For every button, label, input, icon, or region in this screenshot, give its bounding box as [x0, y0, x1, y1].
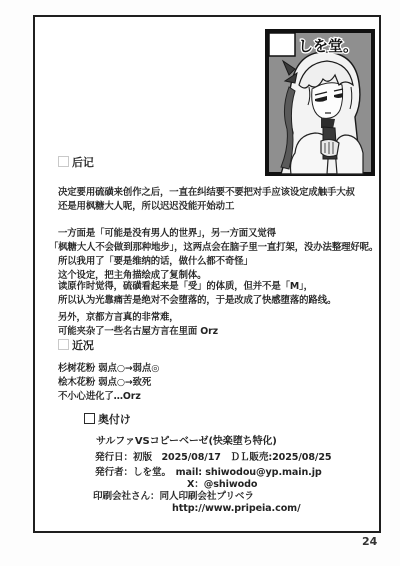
issue-date-line: 発行日：初版 2025/08/17 ＤＬ販売:2025/08/25 [95, 451, 331, 465]
status-heading: 近况 [58, 339, 94, 352]
afterword-heading: 后记 [58, 156, 94, 169]
book-title: サルファVSコピーベーゼ(快楽堕ち特化) [96, 435, 277, 449]
text-line: 桧木花粉 弱点○→致死 [58, 376, 159, 390]
text-line: 决定要用硫磺来创作之后，一直在纠结要不要把对手应该设定成触手大叔 [58, 186, 355, 200]
afterword-paragraph-2: 一方面是「可能是没有男人的世界」，另一方面又觉得「枫糖大人不会做到那种地步」，这… [58, 227, 378, 283]
printer-url: http://www.pripeia.com/ [172, 502, 300, 516]
doujin-cover-illustration: しを堂。 [265, 29, 375, 176]
status-lines: 杉树花粉 弱点○→弱点◎桧木花粉 弱点○→致死不小心进化了…Orz [58, 362, 159, 404]
colophon-heading-label: 奥付け [98, 413, 131, 426]
text-line: 另外，京都方言真的非常难， [58, 311, 218, 325]
text-line: 一方面是「可能是没有男人的世界」，另一方面又觉得 [58, 227, 378, 241]
text-line: 所以认为光靠痛苦是绝对不会堕落的，于是改成了快感堕落的路线。 [58, 294, 336, 308]
section-square-icon [58, 156, 69, 167]
text-line: 可能夹杂了一些名古屋方言在里面 Orz [58, 325, 218, 339]
manga-girl-illustration: しを堂。 [265, 29, 375, 176]
scanned-doujin-afterword-page: { "plate": { "logo": "しを堂。" }, "afterwor… [0, 0, 400, 566]
colophon-heading: 奥付け [84, 413, 131, 426]
section-square-icon [84, 413, 95, 424]
text-line: 所以我用了「要是维纳的话，做什么都不奇怪」 [58, 255, 378, 269]
text-line: 读原作时觉得，硫磺看起来是「受」的体质，但并不是「M」， [58, 280, 336, 294]
text-line: 还是用枫糖大人呢，所以迟迟没能开始动工 [58, 200, 355, 214]
page-number: 24 [362, 535, 377, 548]
section-square-icon [58, 339, 69, 350]
afterword-paragraph-3: 读原作时觉得，硫磺看起来是「受」的体质，但并不是「M」，所以认为光靠痛苦是绝对不… [58, 280, 336, 308]
afterword-paragraph-4: 另外，京都方言真的非常难，可能夹杂了一些名古屋方言在里面 Orz [58, 311, 218, 339]
status-heading-label: 近况 [72, 339, 94, 352]
afterword-paragraph-1: 决定要用硫磺来创作之后，一直在纠结要不要把对手应该设定成触手大叔还是用枫糖大人呢… [58, 186, 355, 214]
circle-logo-text: しを堂。 [298, 37, 358, 55]
text-line: 杉树花粉 弱点○→弱点◎ [58, 362, 159, 376]
afterword-heading-label: 后记 [72, 156, 94, 169]
text-line: 不小心进化了…Orz [58, 390, 159, 404]
text-line: 「枫糖大人不会做到那种地步」，这两点会在脑子里一直打架，没办法整理好呢。 [49, 241, 378, 255]
